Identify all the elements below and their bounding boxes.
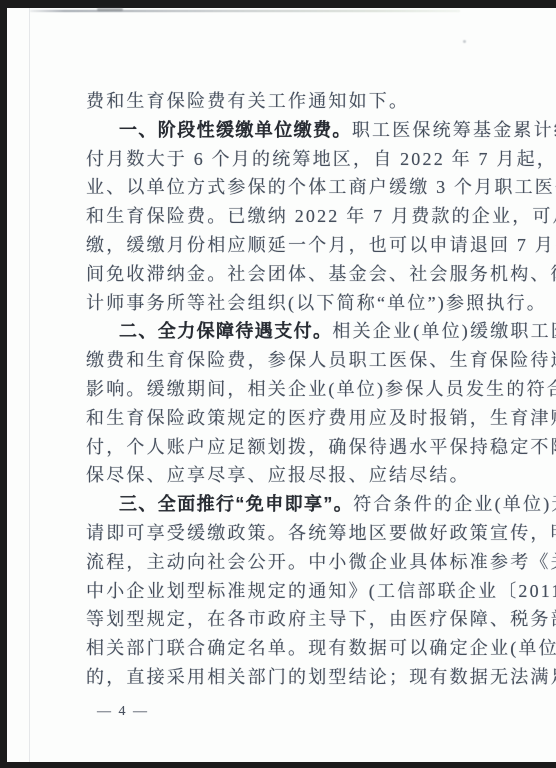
body-text: 流程，主动向社会公开。中小微企业具体标准参考《关于印发 [86,552,556,572]
scan-frame: 费和生育保险费有关工作通知如下。一、阶段性缓缴单位缴费。职工医保统筹基金累计结存… [0,0,556,768]
body-text: 符合条件的企业(单位)无需申 [353,494,556,514]
body-text: 相关企业(单位)缓缴职工医保单位 [332,321,556,341]
text-line: 业、以单位方式参保的个体工商户缓缴 3 个月职工医保单位缴费 [86,173,526,202]
text-line: 等划型规定，在各市政府主导下，由医疗保障、税务部门会同 [86,605,526,634]
text-line: 间免收滞纳金。社会团体、基金会、社会服务机构、律师事务所、会 [86,260,526,289]
text-line: 相关部门联合确定名单。现有数据可以确定企业(单位)类型 [86,634,526,663]
text-line: 三、全面推行“免申即享”。符合条件的企业(单位)无需申 [86,490,526,519]
text-line: 请即可享受缓缴政策。各统筹地区要做好政策宣传，明确操作 [86,519,526,548]
text-line: 一、阶段性缓缴单位缴费。职工医保统筹基金累计结存可支 [86,116,526,145]
body-text: 付，个人账户应足额划拨，确保待遇水平保持稳定不降低，实现应 [86,437,556,457]
body-text: 相关部门联合确定名单。现有数据可以确定企业(单位)类型 [86,638,556,658]
body-text: 影响。缓缴期间，相关企业(单位)参保人员发生的符合职工医保 [86,379,556,399]
body-text: 业、以单位方式参保的个体工商户缓缴 3 个月职工医保单位缴费 [86,177,556,197]
section-heading-text: 三、全面推行“免申即享”。 [119,494,353,514]
text-line: 缴，缓缴月份相应顺延一个月，也可以申请退回 7 月费款。缓缴期 [86,231,526,260]
text-line: 影响。缓缴期间，相关企业(单位)参保人员发生的符合职工医保 [86,375,526,404]
text-line: 缴费和生育保险费，参保人员职工医保、生育保险待遇不受任何 [86,346,526,375]
body-text: 缴，缓缴月份相应顺延一个月，也可以申请退回 7 月费款。缓缴期 [86,235,556,255]
text-line: 付月数大于 6 个月的统筹地区，自 2022 年 7 月起，对中小微企 [86,145,526,174]
body-text: 付月数大于 6 个月的统筹地区，自 2022 年 7 月起，对中小微企 [86,149,556,169]
body-text: 计师事务所等社会组织(以下简称“单位”)参照执行。 [86,293,547,313]
text-line: 付，个人账户应足额划拨，确保待遇水平保持稳定不降低，实现应 [86,433,526,462]
body-text: 和生育保险政策规定的医疗费用应及时报销，生育津贴应及时支 [86,408,556,428]
body-text: 的，直接采用相关部门的划型结论；现有数据无法满足企业(单 [86,667,556,687]
body-text: 请即可享受缓缴政策。各统筹地区要做好政策宣传，明确操作 [86,523,556,543]
text-line: 和生育保险政策规定的医疗费用应及时报销，生育津贴应及时支 [86,404,526,433]
text-line: 计师事务所等社会组织(以下简称“单位”)参照执行。 [86,289,526,318]
text-line: 保尽保、应享尽享、应报尽报、应结尽结。 [86,461,526,490]
text-line: 费和生育保险费有关工作通知如下。 [86,87,526,116]
document-lines: 费和生育保险费有关工作通知如下。一、阶段性缓缴单位缴费。职工医保统筹基金累计结存… [86,87,526,692]
body-text: 间免收滞纳金。社会团体、基金会、社会服务机构、律师事务所、会 [86,264,556,284]
page-number: — 4 — [97,702,149,722]
body-text: 缴费和生育保险费，参保人员职工医保、生育保险待遇不受任何 [86,350,556,370]
page-edge-seam [29,8,30,762]
scan-artifact-speck [97,8,123,11]
scan-artifact-line [30,10,460,12]
text-line: 和生育保险费。已缴纳 2022 年 7 月费款的企业，可从 8 月起缓 [86,202,526,231]
body-text: 等划型规定，在各市政府主导下，由医疗保障、税务部门会同 [86,609,556,629]
body-text: 费和生育保险费有关工作通知如下。 [86,91,409,111]
body-text: 中小企业划型标准规定的通知》(工信部联企业〔2011〕 300号) [86,581,556,601]
text-line: 的，直接采用相关部门的划型结论；现有数据无法满足企业(单 [86,663,526,692]
body-text: 保尽保、应享尽享、应报尽报、应结尽结。 [86,465,470,485]
body-text: 和生育保险费。已缴纳 2022 年 7 月费款的企业，可从 8 月起缓 [86,206,556,226]
body-text: 职工医保统筹基金累计结存可支 [352,120,556,140]
text-line: 流程，主动向社会公开。中小微企业具体标准参考《关于印发 [86,548,526,577]
text-line: 中小企业划型标准规定的通知》(工信部联企业〔2011〕 300号) [86,577,526,606]
section-heading-text: 二、全力保障待遇支付。 [119,321,332,341]
text-line: 二、全力保障待遇支付。相关企业(单位)缓缴职工医保单位 [86,317,526,346]
document-page: 费和生育保险费有关工作通知如下。一、阶段性缓缴单位缴费。职工医保统筹基金累计结存… [7,8,556,762]
section-heading-text: 一、阶段性缓缴单位缴费。 [119,120,352,140]
scan-artifact-dot [463,40,466,43]
